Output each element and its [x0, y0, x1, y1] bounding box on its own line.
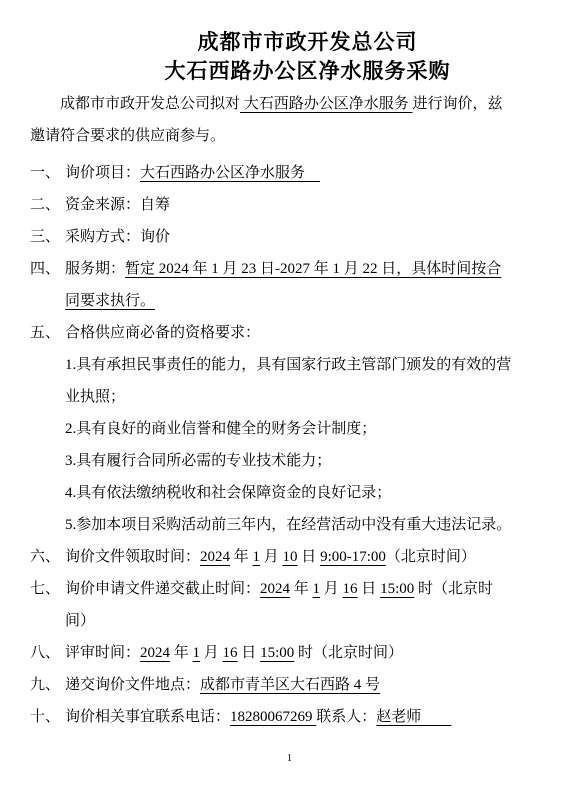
item-list: 一、询价项目：大石西路办公区净水服务 二、资金来源：自筹三、采购方式：询价四、服…: [30, 157, 551, 733]
underlined-text: 2024: [260, 581, 290, 597]
sub-item: 3.具有履行合同所必需的专业技术能力；: [65, 445, 551, 477]
underlined-text: 16: [343, 581, 358, 597]
doc-title-line2: 大石西路办公区净水服务采购: [64, 57, 551, 86]
list-item-4: 四、服务期：暂定 2024 年 1 月 23 日-2027 年 1 月 22 日…: [30, 253, 551, 317]
text-segment: 日: [298, 549, 321, 565]
sub-item: 1.具有承担民事责任的能力，具有国家行政主管部门颁发的有效的营 业执照；: [65, 349, 551, 413]
underlined-text: 16: [223, 645, 238, 661]
text-segment: 询价申请文件递交截止时间：: [65, 581, 260, 597]
underlined-text: 大石西路办公区净水服务: [140, 165, 320, 181]
text-segment: 递交询价文件地点：: [65, 677, 200, 693]
sub-item: 5.参加本项目采购活动前三年内，在经营活动中没有重大违法记录。: [65, 509, 551, 541]
list-item-8: 八、评审时间：2024 年 1 月 16 日 15:00 时（北京时间）: [30, 637, 551, 669]
text-segment: 资金来源：自筹: [65, 197, 170, 213]
item-number-label: 二、: [30, 189, 65, 221]
item-number-label: 六、: [30, 541, 65, 573]
list-item-7: 七、询价申请文件递交截止时间：2024 年 1 月 16 日 15:00 时（北…: [30, 573, 551, 637]
underlined-text: 大石西路办公区净水服务: [240, 96, 413, 112]
item-number-label: 五、: [30, 317, 65, 541]
item-content: 询价相关事宜联系电话：18280067269 联系人：赵老师: [65, 701, 551, 733]
underlined-text: 15:00: [380, 581, 414, 597]
item-content: 资金来源：自筹: [65, 189, 551, 221]
text-segment: 月: [320, 581, 343, 597]
list-item-6: 六、询价文件领取时间：2024 年 1 月 10 日 9:00-17:00（北京…: [30, 541, 551, 573]
text-segment: 询价文件领取时间：: [65, 549, 200, 565]
text-segment: 合格供应商必备的资格要求：: [65, 325, 260, 341]
item-content: 服务期：暂定 2024 年 1 月 23 日-2027 年 1 月 22 日，具…: [65, 253, 551, 317]
intro-paragraph: 成都市市政开发总公司拟对 大石西路办公区净水服务 进行询价，兹 邀请符合要求的供…: [30, 88, 551, 152]
item-number-label: 三、: [30, 221, 65, 253]
item-number-label: 十、: [30, 701, 65, 733]
item-number-label: 八、: [30, 637, 65, 669]
item-content: 询价申请文件递交截止时间：2024 年 1 月 16 日 15:00 时（北京时…: [65, 573, 551, 637]
doc-title-line1: 成都市市政开发总公司: [64, 28, 551, 57]
list-item-1: 一、询价项目：大石西路办公区净水服务: [30, 157, 551, 189]
sub-item: 4.具有依法缴纳税收和社会保障资金的良好记录；: [65, 477, 551, 509]
text-segment: 成都市市政开发总公司拟对: [60, 96, 240, 112]
doc-title: 成都市市政开发总公司 大石西路办公区净水服务采购: [64, 28, 551, 86]
underlined-text: 赵老师: [376, 709, 451, 725]
underlined-text: 1: [313, 581, 321, 597]
sub-item: 2.具有良好的商业信誉和健全的财务会计制度；: [65, 413, 551, 445]
text-segment: 月: [200, 645, 223, 661]
underlined-text: 2024: [200, 549, 230, 565]
text-segment: 联系人：: [316, 709, 376, 725]
text-segment: 采购方式：询价: [65, 229, 170, 245]
underlined-text: 1: [253, 549, 261, 565]
item-content: 采购方式：询价: [65, 221, 551, 253]
text-segment: 服务期：: [65, 261, 125, 277]
text-segment: 日: [358, 581, 381, 597]
text-segment: 年: [170, 645, 193, 661]
item-content: 询价项目：大石西路办公区净水服务: [65, 157, 551, 189]
list-item-9: 九、递交询价文件地点：成都市青羊区大石西路 4 号: [30, 669, 551, 701]
list-item-10: 十、询价相关事宜联系电话：18280067269 联系人：赵老师: [30, 701, 551, 733]
item-content: 询价文件领取时间：2024 年 1 月 10 日 9:00-17:00（北京时间…: [65, 541, 551, 573]
text-segment: （北京时间）: [386, 549, 476, 565]
item-number-label: 七、: [30, 573, 65, 637]
item-number-label: 一、: [30, 157, 65, 189]
list-item-2: 二、资金来源：自筹: [30, 189, 551, 221]
list-item-3: 三、采购方式：询价: [30, 221, 551, 253]
text-segment: 询价项目：: [65, 165, 140, 181]
text-segment: 年: [230, 549, 253, 565]
underlined-text: 10: [283, 549, 298, 565]
underlined-text: 成都市青羊区大石西路 4 号: [200, 677, 380, 693]
item-content: 评审时间：2024 年 1 月 16 日 15:00 时（北京时间）: [65, 637, 551, 669]
underlined-text: 15:00: [260, 645, 294, 661]
item-number-label: 四、: [30, 253, 65, 317]
text-segment: 日: [238, 645, 261, 661]
text-segment: 年: [290, 581, 313, 597]
text-segment: 时（北京时间）: [294, 645, 403, 661]
underlined-text: 18280067269: [230, 709, 316, 725]
item-content: 递交询价文件地点：成都市青羊区大石西路 4 号: [65, 669, 551, 701]
page-number: 1: [0, 753, 579, 765]
list-item-5: 五、合格供应商必备的资格要求：1.具有承担民事责任的能力，具有国家行政主管部门颁…: [30, 317, 551, 541]
item-content: 合格供应商必备的资格要求：1.具有承担民事责任的能力，具有国家行政主管部门颁发的…: [65, 317, 551, 541]
document-page: 成都市市政开发总公司 大石西路办公区净水服务采购 成都市市政开发总公司拟对 大石…: [0, 0, 579, 788]
text-segment: 询价相关事宜联系电话：: [65, 709, 230, 725]
underlined-text: 暂定 2024 年 1 月 23 日-2027 年 1 月 22 日，具体时间按…: [65, 261, 501, 309]
underlined-text: 9:00-17:00: [320, 549, 386, 565]
item-number-label: 九、: [30, 669, 65, 701]
underlined-text: 2024: [140, 645, 170, 661]
text-segment: 评审时间：: [65, 645, 140, 661]
underlined-text: 1: [193, 645, 201, 661]
text-segment: 月: [260, 549, 283, 565]
